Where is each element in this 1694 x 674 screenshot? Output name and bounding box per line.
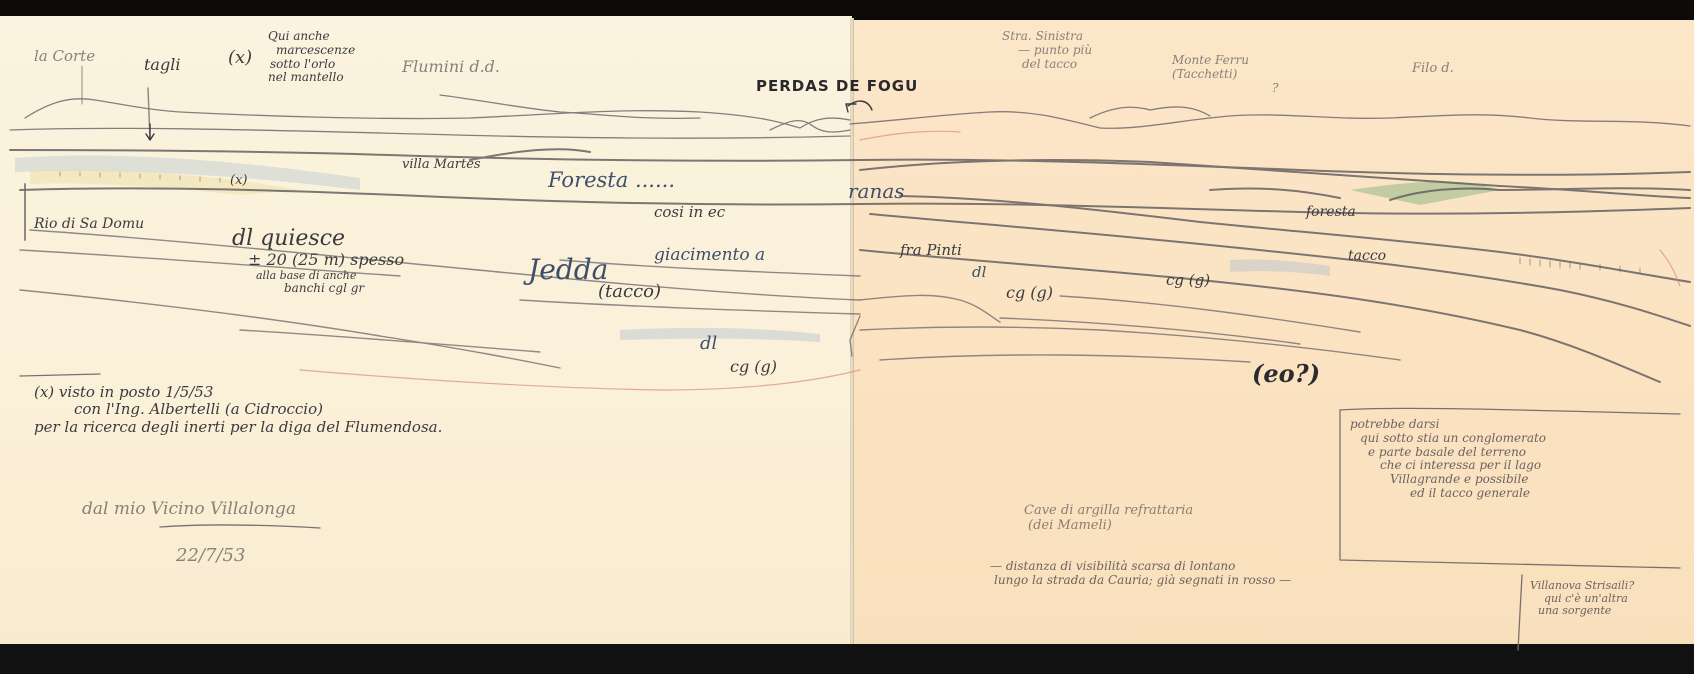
signature-date: 22/7/53 [176,546,245,567]
note-monte-ferru: Monte Ferru (Tacchetti) ? [1172,54,1278,95]
note-dl-quiesce: dl quiesce ± 20 (25 m) spesso alla base … [232,226,404,296]
corner-note: Villanova Strisaili? qui c'è un'altra un… [1530,580,1634,618]
note-cave-argilla: Cave di argilla refrattaria (dei Mameli) [994,504,1193,534]
marker-x: (x) [228,48,252,69]
label-foresta: Foresta ...... [548,168,675,192]
label-la-corte: la Corte [34,48,95,65]
bottom-border [0,644,1694,674]
label-ranas: ranas [848,180,905,203]
label-cg-g-right: cg (g) [1166,272,1210,289]
label-villa-martes: villa Martes [402,158,481,173]
label-foresta-right: foresta [1306,204,1356,220]
label-cosi-in-eo: cosi in ec [654,204,725,222]
label-cg-g-mid: cg (g) [1006,284,1053,302]
marker-x2: (x) [230,174,247,189]
note-stra-sinistra: Stra. Sinistra — punto più del tacco [1002,30,1092,71]
binding-gutter [850,18,854,650]
signature-line: dal mio Vicino Villalonga [82,500,296,520]
label-filo: Filo d. [1412,62,1454,77]
note-distanza: — distanza di visibilità scarsa di lonta… [990,560,1291,588]
note-qui-anche: Qui anche marcescenze sotto l'orlo nel m… [268,30,355,85]
right-page [852,20,1694,650]
label-flumini: Flumini d.d. [402,58,500,76]
label-dl-lower: dl [700,334,717,355]
footnote: (x) visto in posto 1/5/53 con l'Ing. Alb… [34,384,442,436]
label-jedda: Jedda [528,254,608,286]
label-rio: Rio di Sa Domu [34,216,144,232]
label-cg-g-left: cg (g) [730,358,777,376]
label-dl-right: dl [972,264,986,281]
landmark-perdas-de-fogu: PERDAS DE FOGU [756,78,918,95]
label-tagli: tagli [144,56,180,74]
label-tacco-right: tacco [1348,248,1386,264]
label-eo-question: (eo?) [1252,360,1320,388]
label-tacco-left: (tacco) [598,282,661,303]
label-giacimento: giacimento a [654,246,765,266]
boxed-note: potrebbe darsi qui sotto stia un conglom… [1350,418,1546,501]
label-fra-pinti: fra Pinti [900,242,962,259]
left-page [0,16,852,650]
